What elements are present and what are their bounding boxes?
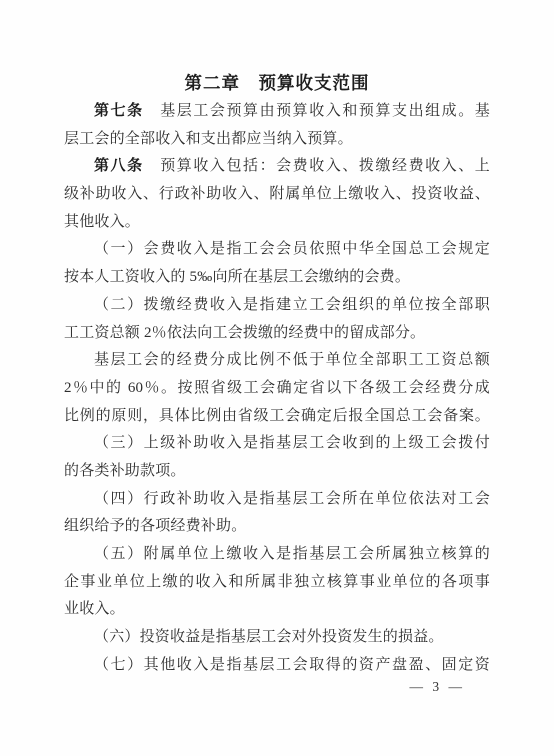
text-line: （四）行政补助收入是指基层工会所在单位依法对工会 [64,486,490,514]
text-line: （二）拨缴经费收入是指建立工会组织的单位按全部职 [64,292,490,320]
text-line: 工工资总额 2％依法向工会拨缴的经费中的留成部分。 [64,320,490,348]
chapter-title: 第二章 预算收支范围 [64,71,490,96]
text-line: 企事业单位上缴的收入和所属非独立核算事业单位的各项事 [64,569,490,597]
article-number: 第八条 [94,158,144,174]
text-line: 2％中的 60％。按照省级工会确定省以下各级工会经费分成 [64,375,490,403]
page-number: — 3 — [410,679,466,695]
text-line: 业收入。 [64,596,490,624]
text-line: 其他收入。 [64,209,490,237]
document-content: 第二章 预算收支范围 第七条 基层工会预算由预算收入和预算支出组成。基层工会的全… [64,71,490,679]
text-line: 比例的原则，具体比例由省级工会确定后报全国总工会备案。 [64,403,490,431]
text-line: （三）上级补助收入是指基层工会收到的上级工会拨付 [64,430,490,458]
text-line: 基层工会的经费分成比例不低于单位全部职工工资总额 [64,347,490,375]
text-line: （五）附属单位上缴收入是指基层工会所属独立核算的 [64,541,490,569]
text-line: （六）投资收益是指基层工会对外投资发生的损益。 [64,624,490,652]
document-body: 第七条 基层工会预算由预算收入和预算支出组成。基层工会的全部收入和支出都应当纳入… [64,98,490,679]
text-line: 按本人工资收入的 5‰向所在基层工会缴纳的会费。 [64,264,490,292]
text-line: （七）其他收入是指基层工会取得的资产盘盈、固定资 [64,652,490,680]
document-page: 第二章 预算收支范围 第七条 基层工会预算由预算收入和预算支出组成。基层工会的全… [0,0,554,756]
text-line: （一）会费收入是指工会会员依照中华全国总工会规定 [64,236,490,264]
text-line: 层工会的全部收入和支出都应当纳入预算。 [64,126,490,154]
text-line: 的各类补助款项。 [64,458,490,486]
article-number: 第七条 [94,103,144,119]
text-line: 组织给予的各项经费补助。 [64,513,490,541]
text-line: 第七条 基层工会预算由预算收入和预算支出组成。基 [64,98,490,126]
text-line: 级补助收入、行政补助收入、附属单位上缴收入、投资收益、 [64,181,490,209]
text-line: 第八条 预算收入包括：会费收入、拨缴经费收入、上 [64,153,490,181]
